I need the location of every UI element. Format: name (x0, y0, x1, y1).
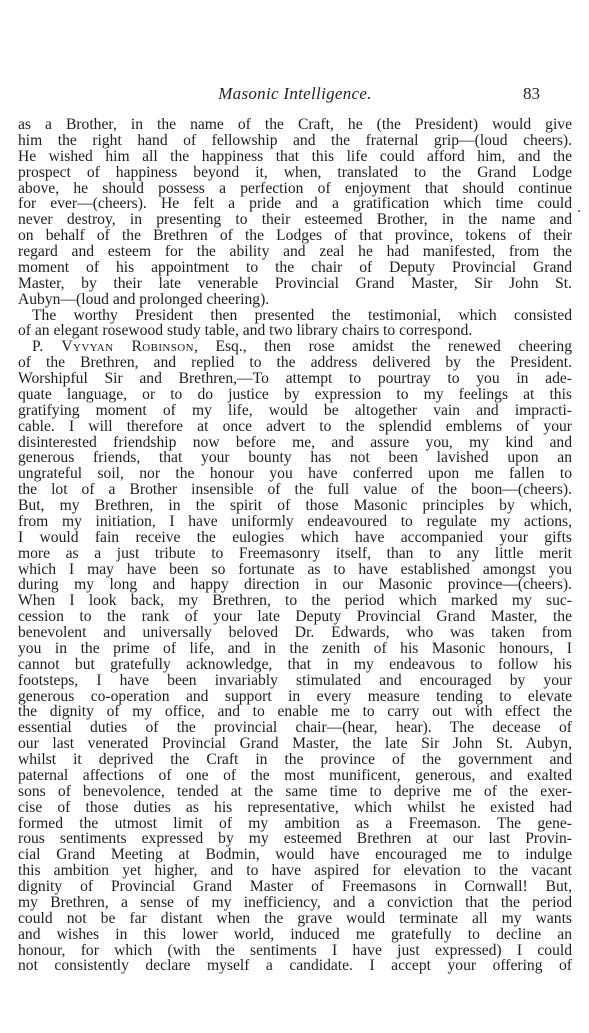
speaker-name: P. Vyvyan Robinson (32, 338, 194, 355)
text-line: cial Grand Meeting at Bodmin, would have… (18, 847, 572, 863)
text-line: my Brethren, a sense of my inefficiency,… (18, 895, 572, 911)
text-line: Worshipful Sir and Brethren,—To attempt … (18, 371, 572, 387)
running-header: Masonic Intelligence. 83 (18, 84, 572, 106)
text-line: whilst it deprived the Craft in the prov… (18, 752, 572, 768)
text-line: When I look back, my Brethren, to the pe… (18, 593, 572, 609)
paragraph-start-line: The worthy President then presented the … (18, 308, 572, 324)
document-page: Masonic Intelligence. 83 as a Brother, i… (0, 0, 589, 1033)
text-line: gratifying moment of my life, would be a… (18, 403, 572, 419)
text-line: prospect of happiness beyond it, when, t… (18, 165, 572, 181)
text-line: as a Brother, in the name of the Craft, … (18, 117, 572, 133)
text-line: on behalf of the Brethren of the Lodges … (18, 228, 572, 244)
text-line: honour, for which (with the sentiments I… (18, 943, 572, 959)
text-line: Master, by their late venerable Provinci… (18, 276, 572, 292)
text-line: cise of those duties as his representati… (18, 800, 572, 816)
text-line: you in the prime of life, and in the zen… (18, 641, 572, 657)
text-line: above, he should possess a perfection of… (18, 181, 572, 197)
text-line: formed the utmost limit of my ambition a… (18, 816, 572, 832)
text-line: generous co-operation and support in eve… (18, 689, 572, 705)
text-line: But, my Brethren, in the spirit of those… (18, 498, 572, 514)
text-line: and wishes in this lower world, induced … (18, 927, 572, 943)
text-line: which I may have been so fortunate as to… (18, 562, 572, 578)
text-line: rous sentiments expressed by my esteemed… (18, 831, 572, 847)
text-line: dignity of Provincial Grand Master of Fr… (18, 879, 572, 895)
text-line: more as a just tribute to Freemasonry it… (18, 546, 572, 562)
body-text: as a Brother, in the name of the Craft, … (18, 117, 572, 974)
text-line: footsteps, I have been invariably stimul… (18, 673, 572, 689)
text-line: him the right hand of fellowship and the… (18, 133, 572, 149)
text-line: generous friends, that your bounty has n… (18, 450, 572, 466)
text-line: regard and esteem for the ability and ze… (18, 244, 572, 260)
text-line: cannot but gratefully acknowledge, that … (18, 657, 572, 673)
text-line: Aubyn—(loud and prolonged cheering). (18, 292, 572, 308)
text-line: of the Brethren, and replied to the addr… (18, 355, 572, 371)
text-line: essential duties of the provincial chair… (18, 720, 572, 736)
text-line: never destroy, in presenting to their es… (18, 212, 572, 228)
text-line: benevolent and universally beloved Dr. E… (18, 625, 572, 641)
text-line: quate language, or to do justice by expr… (18, 387, 572, 403)
text-line: from my initiation, I have uniformly end… (18, 514, 572, 530)
text-line: He wished him all the happiness that thi… (18, 149, 572, 165)
speaker-line-rest: , Esq., then rose amidst the renewed che… (194, 338, 572, 355)
text-line: ungrateful soil, nor the honour you have… (18, 466, 572, 482)
text-line: not consistently declare myself a candid… (18, 958, 572, 974)
running-title: Masonic Intelligence. (18, 84, 572, 104)
margin-mark (578, 210, 580, 212)
text-line: I would fain receive the eulogies which … (18, 530, 572, 546)
text-line: paternal affections of one of the most m… (18, 768, 572, 784)
text-line: during my long and happy direction in ou… (18, 577, 572, 593)
text-line: of an elegant rosewood study table, and … (18, 323, 572, 339)
text-line: could not be far distant when the grave … (18, 911, 572, 927)
page-number: 83 (523, 84, 540, 104)
text-line: sons of benevolence, tended at the same … (18, 784, 572, 800)
text-line: our last venerated Provincial Grand Mast… (18, 736, 572, 752)
text-line: the lot of a Brother insensible of the f… (18, 482, 572, 498)
text-line: moment of his appointment to the chair o… (18, 260, 572, 276)
text-line: cable. I will therefore at once advert t… (18, 419, 572, 435)
text-line: disinterested friendship now before me, … (18, 435, 572, 451)
text-line: cession to the rank of your late Deputy … (18, 609, 572, 625)
speaker-line: P. Vyvyan Robinson, Esq., then rose amid… (18, 339, 572, 355)
text-line: for ever—(cheers). He felt a pride and a… (18, 196, 572, 212)
text-line: this ambition yet higher, and to have as… (18, 863, 572, 879)
text-line: the dignity of my office, and to enable … (18, 704, 572, 720)
